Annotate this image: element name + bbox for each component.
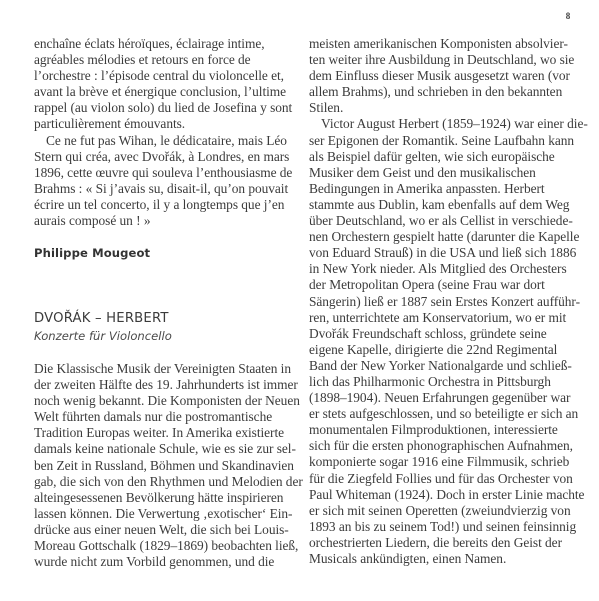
text-line: Sängerin) ließ er 1887 sein Erstes Konze… (309, 294, 571, 310)
text-line: komponierte sogar 1916 eine Filmmusik, s… (309, 454, 571, 470)
text-line: l’orchestre : l’épisode central du violo… (34, 68, 284, 84)
text-line: Welt führten damals nur die postromantis… (34, 409, 284, 425)
text-line: monumentalen Filmproduktionen, interessi… (309, 422, 571, 438)
text-line: in New York nieder. Als Mitglied des Orc… (309, 261, 571, 277)
text-line: noch wenig bekannt. Die Komponisten der … (34, 393, 284, 409)
section-subheading: Konzerte für Violoncello (34, 329, 172, 343)
text-line: avant la brève et énergique conclusion, … (34, 84, 284, 100)
text-line: Stern qui créa, avec Dvořák, à Londres, … (34, 149, 284, 165)
text-line: alteingesessenen Bevölkerung hätte inspi… (34, 490, 284, 506)
text-line: ser Epigonen der Romantik. Seine Laufbah… (309, 133, 571, 149)
text-line: als Beispiel dafür gelten, wie sich euro… (309, 149, 571, 165)
paragraph-french-2: Ce ne fut pas Wihan, le dédicataire, mai… (34, 133, 284, 230)
text-line: Victor August Herbert (1859–1924) war ei… (309, 116, 571, 132)
text-line: écrire un tel concerto, il y a longtemps… (34, 197, 284, 213)
page-number: 8 (562, 11, 574, 21)
text-line: Stilen. (309, 100, 571, 116)
text-line: Brahms : « Si j’avais su, disait-il, qu’… (34, 181, 284, 197)
text-line: er stets aufgeschlossen, und so beteilig… (309, 406, 571, 422)
text-line: Bedingungen in Amerika anpassten. Herber… (309, 181, 571, 197)
text-line: er sich mit seinen Operetten (zweiundvie… (309, 503, 571, 519)
text-line: sich für die ersten phonographischen Auf… (309, 438, 571, 454)
text-line: 1896, cette œuvre qui souleva l’enthousi… (34, 165, 284, 181)
paragraph-french-1: enchaîne éclats héroïques, éclairage int… (34, 36, 284, 133)
text-line: 1893 an bis zu seinem Tod!) und seinen f… (309, 519, 571, 535)
text-line: allem Brahms), und schrieben in den beka… (309, 84, 571, 100)
text-line: wurde nicht zum Vorbild genommen, und di… (34, 554, 284, 570)
text-line: eigene Kapelle, dirigierte die 22nd Regi… (309, 342, 571, 358)
text-line: ben Zeit in Russland, Böhmen und Skandin… (34, 458, 284, 474)
section-heading: DVOŘÁK – HERBERT (34, 311, 169, 326)
text-line: dem Einfluss dieser Musik ausgesetzt war… (309, 68, 571, 84)
text-line: Band der New Yorker Nationalgarde und sc… (309, 358, 571, 374)
left-column-german-text: Die Klassische Musik der Vereinigten Sta… (34, 361, 284, 570)
text-line: orchestrierten Liedern, die bereits den … (309, 535, 571, 551)
text-line: der Metropolitan Opera (seine Frau war d… (309, 277, 571, 293)
author-name: Philippe Mougeot (34, 246, 150, 260)
text-line: Paul Whiteman (1924). Doch in erster Lin… (309, 487, 571, 503)
text-line: particulièrement émouvants. (34, 116, 284, 132)
text-line: Ce ne fut pas Wihan, le dédicataire, mai… (34, 133, 284, 149)
text-line: ten weiter ihre Ausbildung in Deutschlan… (309, 52, 571, 68)
text-line: lich das Philharmonic Orchestra in Pitts… (309, 374, 571, 390)
text-line: lassen können. Die Verwertung ‚exotische… (34, 506, 284, 522)
text-line: Die Klassische Musik der Vereinigten Sta… (34, 361, 284, 377)
text-line: Musiker dem Geist und den musikalischen (309, 165, 571, 181)
text-line: drücke aus einer neuen Welt, die sich be… (34, 522, 284, 538)
text-line: nen Orchestern gespielt hatte (darunter … (309, 229, 571, 245)
text-line: damals keine nationale Schule, wie es si… (34, 441, 284, 457)
text-line: meisten amerikanischen Komponisten absol… (309, 36, 571, 52)
text-line: aurais composé un ! » (34, 213, 284, 229)
paragraph-herbert-biography: Victor August Herbert (1859–1924) war ei… (309, 116, 571, 567)
text-line: enchaîne éclats héroïques, éclairage int… (34, 36, 284, 52)
text-line: Dvořák Freundschaft schloss, gründete se… (309, 326, 571, 342)
left-column-french-text: enchaîne éclats héroïques, éclairage int… (34, 36, 284, 229)
text-line: der zweiten Hälfte des 19. Jahrhunderts … (34, 377, 284, 393)
text-line: von Eduard Strauß) in die USA und ließ s… (309, 245, 571, 261)
right-column-german-text: meisten amerikanischen Komponisten absol… (309, 36, 571, 567)
text-line: (1898–1904). Neuen Erfahrungen gegenüber… (309, 390, 571, 406)
paragraph-german-continuation: meisten amerikanischen Komponisten absol… (309, 36, 571, 116)
text-line: gab, die sich von den Rhythmen und Melod… (34, 474, 284, 490)
text-line: für die Ziegfeld Follies und für das Orc… (309, 471, 571, 487)
text-line: rappel (au violon solo) du lied de Josef… (34, 100, 284, 116)
text-line: Moreau Gottschalk (1829–1869) beobachten… (34, 538, 284, 554)
text-line: ren, unterrichtete am Konservatorium, wo… (309, 310, 571, 326)
text-line: Musicals ankündigten, einen Namen. (309, 551, 571, 567)
text-line: Tradition Europas weiter. In Amerika exi… (34, 425, 284, 441)
text-line: über Deutschland, wo er als Cellist in v… (309, 213, 571, 229)
text-line: agréables mélodies et retours en force d… (34, 52, 284, 68)
text-line: stammte aus Dublin, kam ebenfalls auf de… (309, 197, 571, 213)
